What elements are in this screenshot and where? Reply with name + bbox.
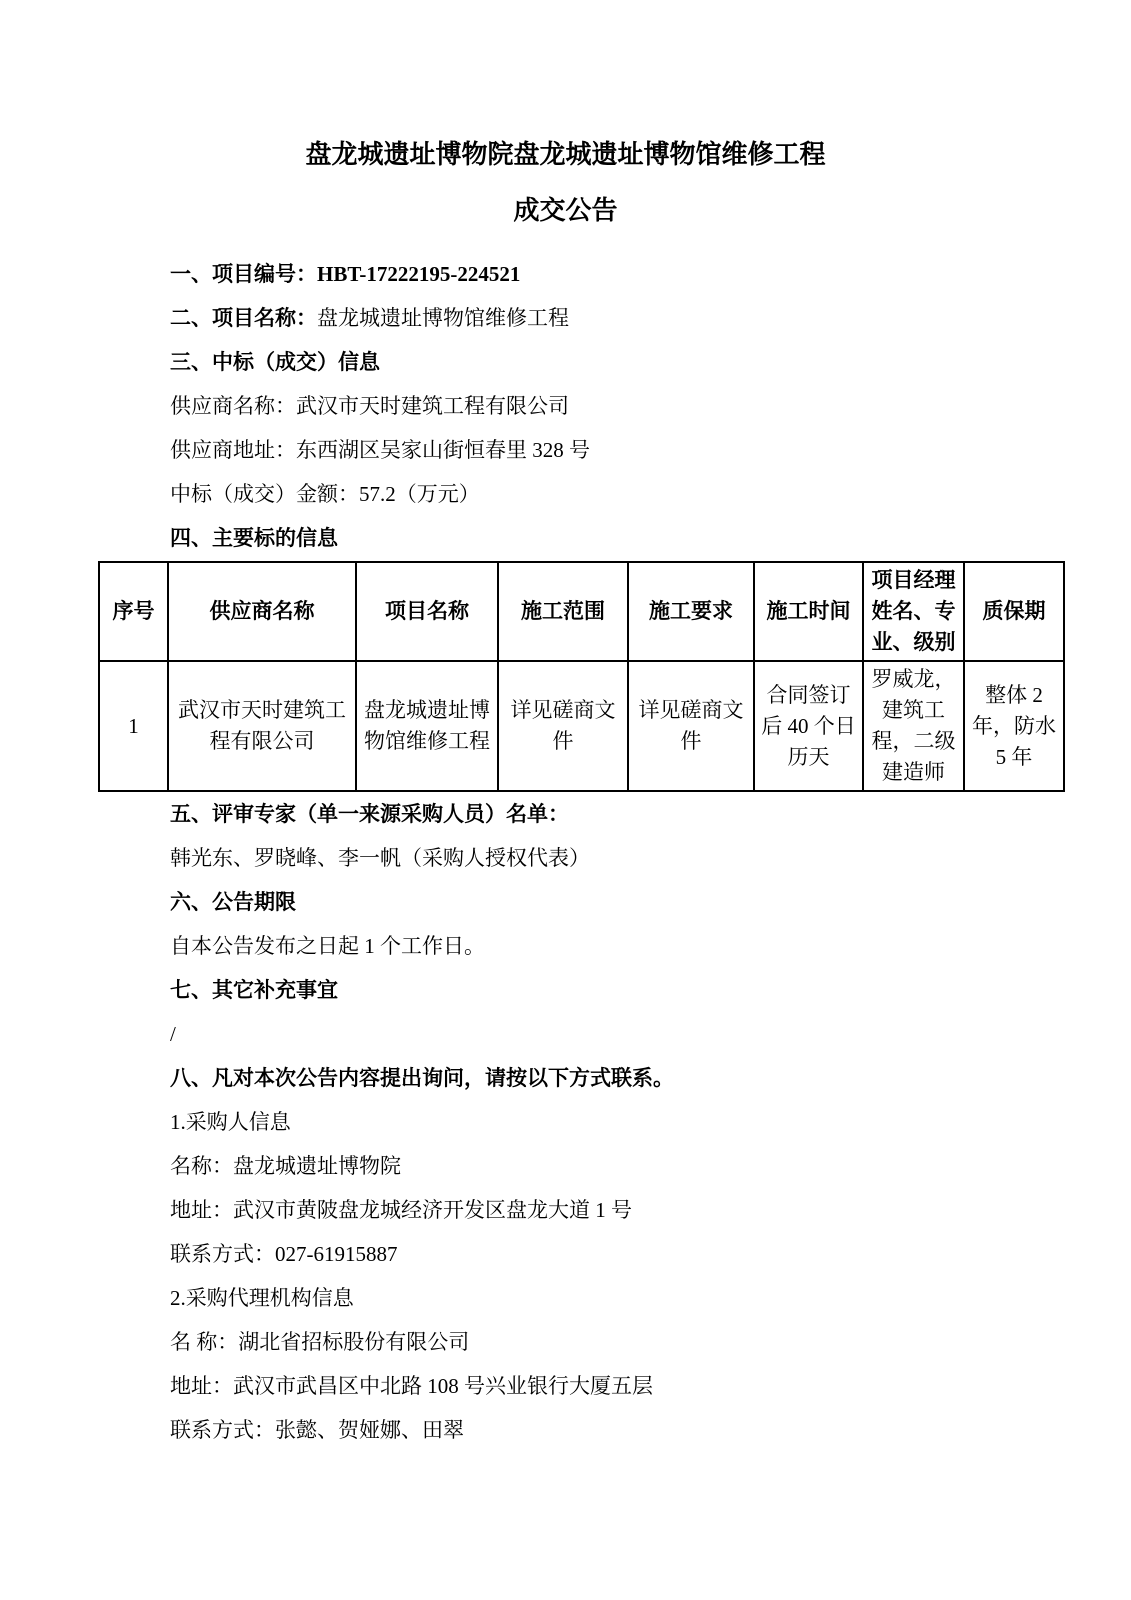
cell-requirements: 详见磋商文件 [628,661,754,791]
table-header-row: 序号 供应商名称 项目名称 施工范围 施工要求 施工时间 项目经理姓名、专业、级… [99,562,1064,661]
buyer-name-line: 名称：盘龙城遗址博物院 [170,1144,1065,1188]
section-heading-notice-period: 六、公告期限 [170,880,1065,924]
table-row: 1 武汉市天时建筑工程有限公司 盘龙城遗址博物馆维修工程 详见磋商文件 详见磋商… [99,661,1064,791]
buyer-address-line: 地址：武汉市黄陂盘龙城经济开发区盘龙大道 1 号 [170,1188,1065,1232]
agency-name-line: 名 称：湖北省招标股份有限公司 [170,1320,1065,1364]
notice-period-line: 自本公告发布之日起 1 个工作日。 [170,924,1065,968]
section-heading-award-info: 三、中标（成交）信息 [170,340,1065,384]
project-number-value: HBT-17222195-224521 [317,262,520,286]
other-value-line: / [170,1012,1065,1056]
cell-schedule: 合同签订后 40 个日历天 [754,661,863,791]
col-header-supplier: 供应商名称 [168,562,356,661]
project-name-line: 二、项目名称：盘龙城遗址博物馆维修工程 [170,296,1065,340]
agency-contact-line: 联系方式：张懿、贺娅娜、田翠 [170,1408,1065,1452]
section-heading-other: 七、其它补充事宜 [170,968,1065,1012]
project-number-label: 一、项目编号： [170,262,317,286]
col-header-requirements: 施工要求 [628,562,754,661]
page-subtitle: 成交公告 [66,196,1065,226]
cell-warranty: 整体 2 年，防水 5 年 [964,661,1064,791]
supplier-name-line: 供应商名称：武汉市天时建筑工程有限公司 [170,384,1065,428]
section-heading-bid-details: 四、主要标的信息 [170,516,1065,560]
project-name-value: 盘龙城遗址博物馆维修工程 [317,306,569,330]
document-page: 盘龙城遗址博物院盘龙城遗址博物馆维修工程 成交公告 一、项目编号：HBT-172… [0,0,1131,1600]
cell-manager: 罗威龙，建筑工程，二级建造师 [863,661,964,791]
supplier-address-line: 供应商地址：东西湖区吴家山街恒春里 328 号 [170,428,1065,472]
bid-details-table: 序号 供应商名称 项目名称 施工范围 施工要求 施工时间 项目经理姓名、专业、级… [98,561,1065,792]
award-amount-line: 中标（成交）金额：57.2（万元） [170,472,1065,516]
buyer-contact-line: 联系方式：027-61915887 [170,1232,1065,1276]
agency-address-line: 地址：武汉市武昌区中北路 108 号兴业银行大厦五层 [170,1364,1065,1408]
buyer-info-heading: 1.采购人信息 [170,1100,1065,1144]
col-header-scope: 施工范围 [498,562,628,661]
cell-scope: 详见磋商文件 [498,661,628,791]
project-name-label: 二、项目名称： [170,306,317,330]
col-header-project: 项目名称 [356,562,498,661]
section-heading-experts: 五、评审专家（单一来源采购人员）名单： [170,792,1065,836]
cell-seq: 1 [99,661,168,791]
agency-info-heading: 2.采购代理机构信息 [170,1276,1065,1320]
col-header-seq: 序号 [99,562,168,661]
col-header-manager: 项目经理姓名、专业、级别 [863,562,964,661]
section-heading-contact: 八、凡对本次公告内容提出询问，请按以下方式联系。 [170,1056,1065,1100]
col-header-warranty: 质保期 [964,562,1064,661]
experts-list-line: 韩光东、罗晓峰、李一帆（采购人授权代表） [170,836,1065,880]
project-number-line: 一、项目编号：HBT-17222195-224521 [170,252,1065,296]
col-header-schedule: 施工时间 [754,562,863,661]
cell-supplier: 武汉市天时建筑工程有限公司 [168,661,356,791]
cell-project: 盘龙城遗址博物馆维修工程 [356,661,498,791]
page-title: 盘龙城遗址博物院盘龙城遗址博物馆维修工程 [66,140,1065,170]
